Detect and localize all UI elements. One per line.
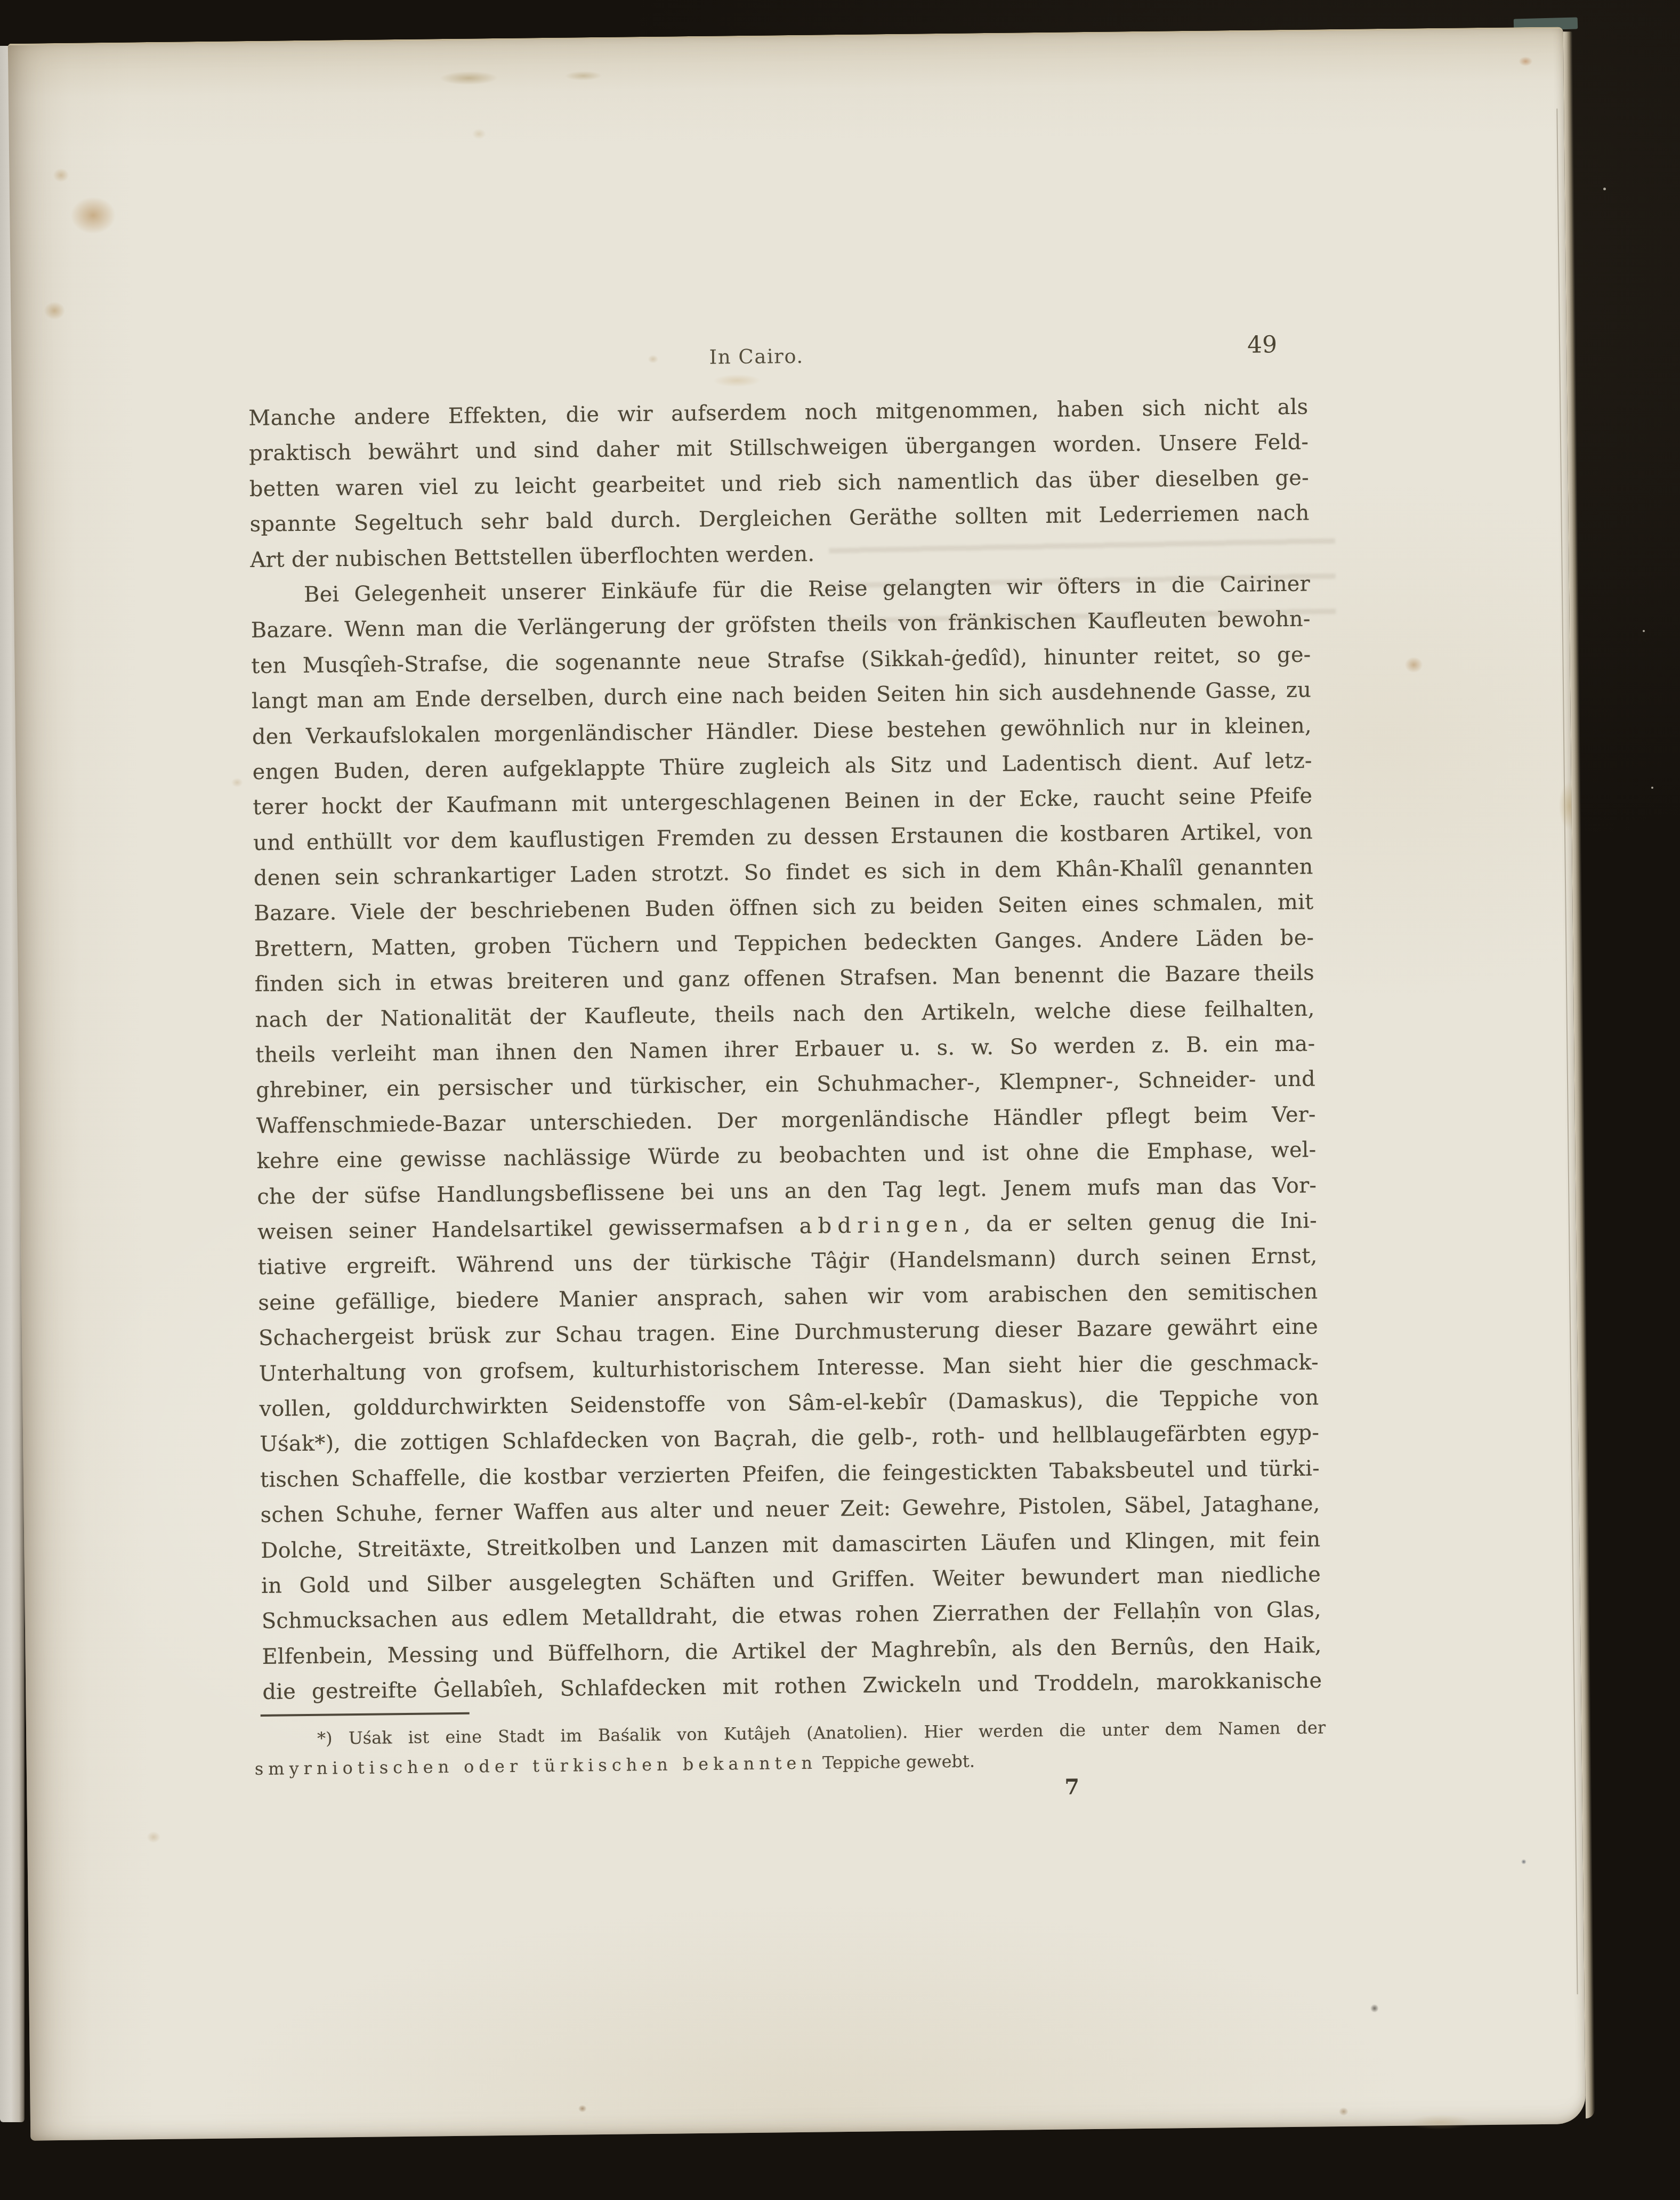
page-number: 49	[1230, 331, 1295, 359]
foxing-stain	[1408, 2114, 1472, 2130]
letterspaced-emphasis: abdringen	[799, 1212, 964, 1239]
running-title: In Cairo.	[248, 339, 1307, 374]
scanned-book-photo: { "document": { "running_title": "In Cai…	[0, 0, 1680, 2200]
letterspaced-emphasis: smyrniotischen oder türkischen bekannten	[255, 1753, 818, 1779]
foxing-stain	[44, 302, 65, 320]
signature-mark: 7	[1051, 1774, 1094, 1800]
foxing-stain	[1404, 657, 1423, 673]
book-page: In Cairo. 49 Manche andere Effekten, die…	[8, 27, 1586, 2140]
foxing-stain	[1521, 1859, 1526, 1864]
footnote-separator	[261, 1712, 470, 1717]
foxing-stain	[53, 168, 69, 182]
foxing-stain	[1339, 2107, 1348, 2116]
dust-speck	[1603, 188, 1606, 190]
foxing-stain	[231, 778, 243, 787]
dust-speck	[1651, 787, 1653, 789]
foxing-stain	[70, 197, 116, 234]
foxing-stain	[147, 1831, 160, 1843]
foxing-stain	[578, 2105, 587, 2112]
foxing-stain	[564, 71, 602, 81]
dust-speck	[1643, 630, 1645, 632]
footnote: *) Uśak ist eine Stadt im Baśalik von Ku…	[254, 1712, 1326, 1784]
running-title-text: In Cairo.	[709, 345, 804, 369]
foxing-stain	[472, 128, 486, 139]
foxing-stain	[1558, 782, 1580, 830]
foxing-stain	[713, 374, 761, 387]
foxing-stain	[1519, 56, 1532, 66]
foxing-stain	[439, 71, 498, 85]
body-text: Manche andere Effekten, die wir aufserde…	[248, 390, 1322, 1710]
foxing-stains	[8, 28, 1563, 45]
foxing-stain	[1370, 2004, 1379, 2012]
